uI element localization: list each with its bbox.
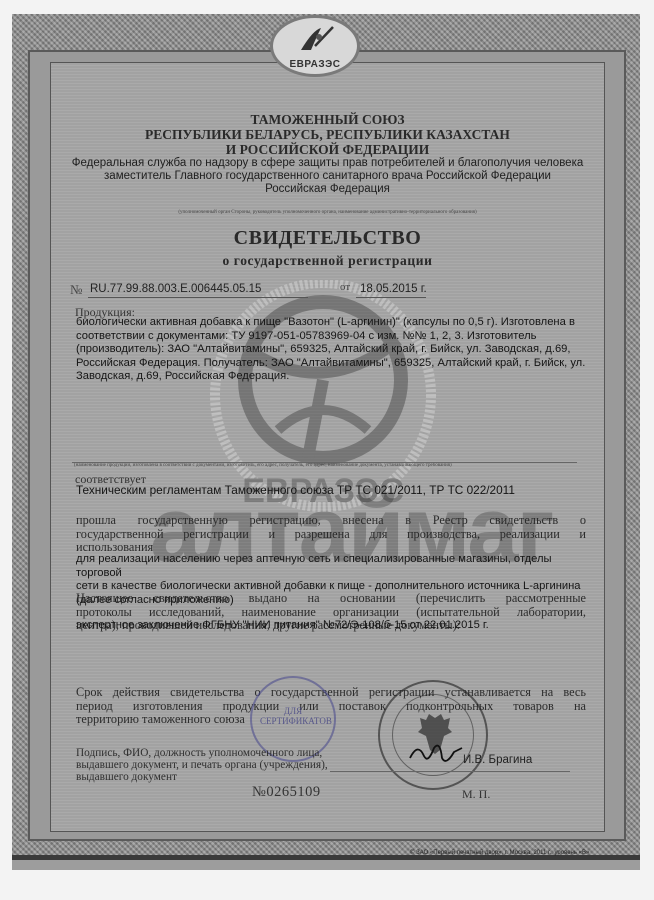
document-title: СВИДЕТЕЛЬСТВО xyxy=(50,227,605,250)
signature-icon xyxy=(406,738,466,768)
conformity-text: Техническим регламентам Таможенного союз… xyxy=(76,484,515,498)
printer-note: © ЗАО «Первый печатный двор», г. Москва,… xyxy=(410,850,589,856)
certificate-date: 18.05.2015 г. xyxy=(360,283,427,295)
expert-conclusion: экспертное заключение ФГБНУ "НИИ питания… xyxy=(76,619,489,633)
header-line-1: ТАМОЖЕННЫЙ СОЮЗ xyxy=(50,112,605,128)
bottom-strip xyxy=(12,860,640,870)
signature-caption: Подпись, ФИО, должность уполномоченного … xyxy=(76,747,328,783)
signature-line xyxy=(330,771,570,772)
product-line: соответствии с документами: ТУ 9197-051-… xyxy=(76,330,586,344)
product-caption-rule xyxy=(72,462,577,463)
authority-caption: (уполномоченный орган Стороны, руководит… xyxy=(50,210,605,215)
product-line: биологически активная добавка к пище "Ва… xyxy=(76,316,586,330)
number-underline xyxy=(88,297,308,298)
signatory-name: И.В. Брагина xyxy=(463,754,532,766)
emblem-label: ЕВРАЗЭС xyxy=(273,59,357,70)
date-label: от xyxy=(340,281,350,293)
product-line: Российская Федерация. Получатель: ЗАО "А… xyxy=(76,357,586,371)
authority-line-1: Федеральная служба по надзору в сфере за… xyxy=(50,157,605,170)
product-description: биологически активная добавка к пище "Ва… xyxy=(76,316,586,384)
authority-line-2: заместитель Главного государственного са… xyxy=(50,170,605,183)
evrazes-emblem: ЕВРАЗЭС xyxy=(270,15,360,77)
product-caption: (наименование продукции, изготовлена в с… xyxy=(74,463,574,468)
blank-number: №0265109 xyxy=(252,784,321,801)
product-line: Заводская, д.69, Российская Федерация. xyxy=(76,370,586,384)
authority-line-3: Российская Федерация xyxy=(50,183,605,196)
document-subtitle: о государственной регистрации xyxy=(50,253,605,269)
official-seal xyxy=(378,680,488,790)
number-label: № xyxy=(70,282,82,298)
header-line-2: РЕСПУБЛИКИ БЕЛАРУСЬ, РЕСПУБЛИКИ КАЗАХСТА… xyxy=(50,127,605,143)
date-underline xyxy=(356,297,426,298)
emblem-bird-icon xyxy=(299,24,335,52)
certificate-number: RU.77.99.88.003.E.006445.05.15 xyxy=(90,283,261,295)
stamp-text: ДЛЯ СЕРТИФИКАТОВ xyxy=(260,706,326,726)
header-line-3: И РОССИЙСКОЙ ФЕДЕРАЦИИ xyxy=(50,142,605,158)
seal-place: М. П. xyxy=(462,787,490,802)
product-line: (производитель): ЗАО "Алтайвитамины", 65… xyxy=(76,343,586,357)
registration-statement: прошла государственную регистрацию, внес… xyxy=(76,514,586,555)
